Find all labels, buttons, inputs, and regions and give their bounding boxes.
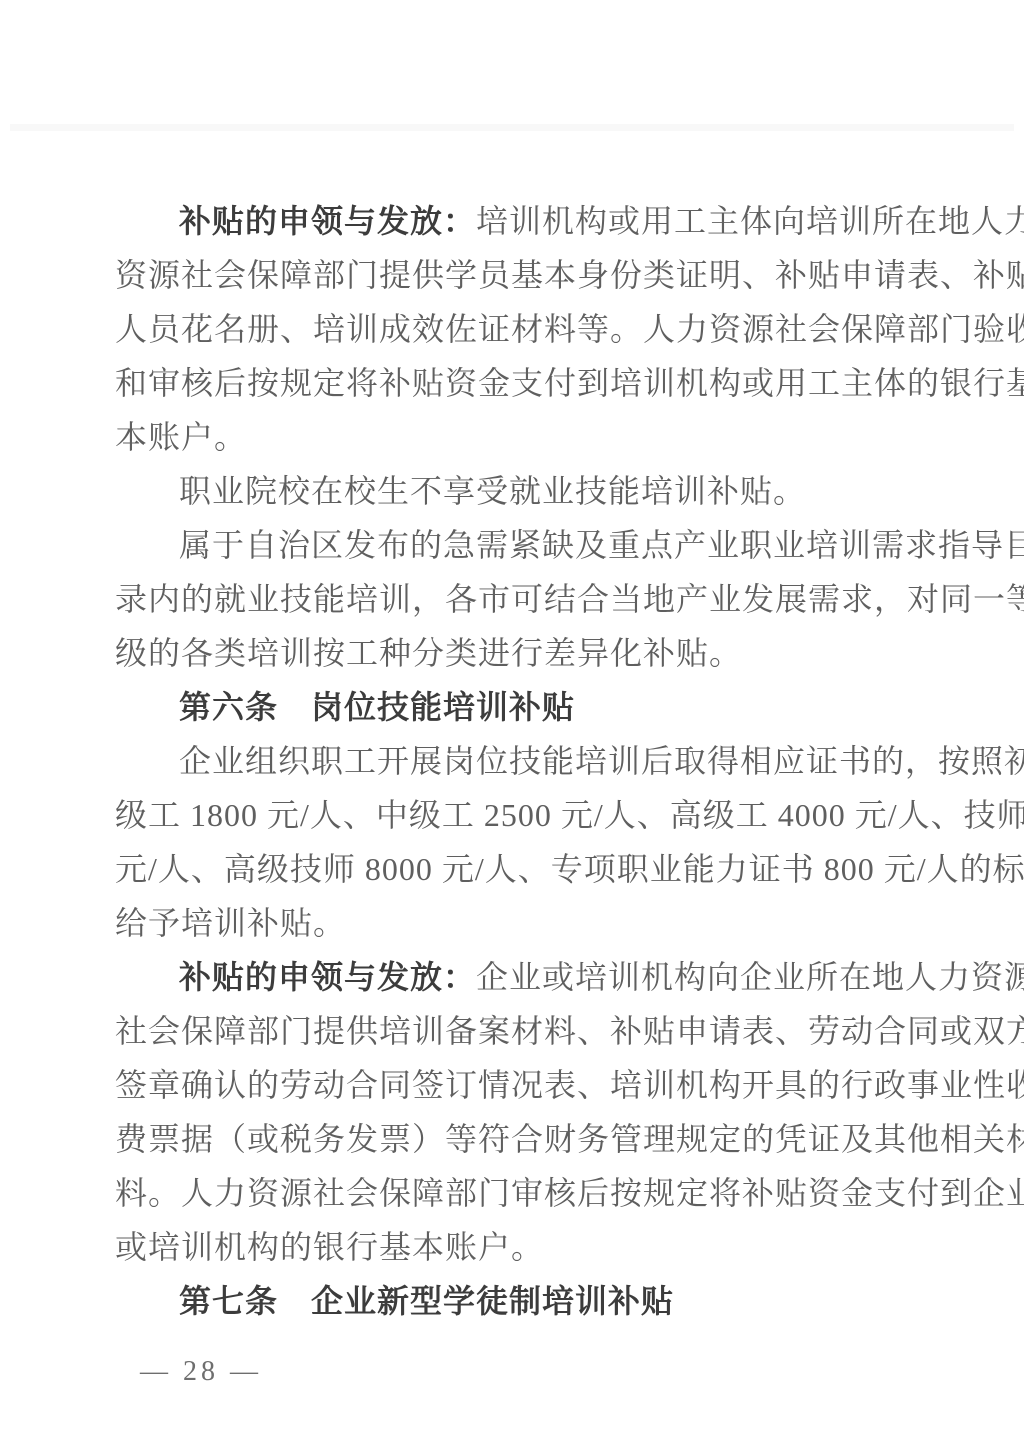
- document-page: 补贴的申领与发放：培训机构或用工主体向培训所在地人力 资源社会保障部门提供学员基…: [0, 0, 1024, 1447]
- page-number: — 28 —: [140, 1345, 262, 1399]
- paragraph-line-18: 费票据（或税务发票）等符合财务管理规定的凭证及其他相关材: [115, 1112, 915, 1166]
- paragraph-line-2: 资源社会保障部门提供学员基本身份类证明、补贴申请表、补贴: [115, 248, 915, 302]
- bold-lead-in-subsidy-claim-2: 补贴的申领与发放：: [179, 959, 476, 995]
- paragraph-line-11: 企业组织职工开展岗位技能培训后取得相应证书的，按照初: [115, 734, 915, 788]
- paragraph-line-19: 料。人力资源社会保障部门审核后按规定将补贴资金支付到企业: [115, 1166, 915, 1220]
- article-7-heading: 第七条 企业新型学徒制培训补贴: [115, 1274, 915, 1328]
- paragraph-line-12: 级工 1800 元/人、中级工 2500 元/人、高级工 4000 元/人、技师…: [115, 788, 915, 842]
- article-6-heading: 第六条 岗位技能培训补贴: [115, 680, 915, 734]
- paragraph-line-5: 本账户。: [115, 410, 915, 464]
- line-text: 培训机构或用工主体向培训所在地人力: [476, 203, 1024, 239]
- paragraph-line-6: 职业院校在校生不享受就业技能培训补贴。: [115, 464, 915, 518]
- paragraph-line-9: 级的各类培训按工种分类进行差异化补贴。: [115, 626, 915, 680]
- paragraph-line-7: 属于自治区发布的急需紧缺及重点产业职业培训需求指导目: [115, 518, 915, 572]
- paragraph-line-20: 或培训机构的银行基本账户。: [115, 1220, 915, 1274]
- paragraph-line-3: 人员花名册、培训成效佐证材料等。人力资源社会保障部门验收: [115, 302, 915, 356]
- paragraph-line-13: 元/人、高级技师 8000 元/人、专项职业能力证书 800 元/人的标准: [115, 842, 915, 896]
- bold-lead-in-subsidy-claim: 补贴的申领与发放：: [179, 203, 476, 239]
- paragraph-line-16: 社会保障部门提供培训备案材料、补贴申请表、劳动合同或双方: [115, 1004, 915, 1058]
- paragraph-line-8: 录内的就业技能培训，各市可结合当地产业发展需求，对同一等: [115, 572, 915, 626]
- scan-artifact-band: [10, 124, 1014, 131]
- paragraph-line-14: 给予培训补贴。: [115, 896, 915, 950]
- paragraph-line-1: 补贴的申领与发放：培训机构或用工主体向培训所在地人力: [115, 194, 915, 248]
- line-text: 企业或培训机构向企业所在地人力资源: [476, 959, 1024, 995]
- document-body: 补贴的申领与发放：培训机构或用工主体向培训所在地人力 资源社会保障部门提供学员基…: [115, 194, 915, 1328]
- paragraph-line-4: 和审核后按规定将补贴资金支付到培训机构或用工主体的银行基: [115, 356, 915, 410]
- paragraph-line-15: 补贴的申领与发放：企业或培训机构向企业所在地人力资源: [115, 950, 915, 1004]
- paragraph-line-17: 签章确认的劳动合同签订情况表、培训机构开具的行政事业性收: [115, 1058, 915, 1112]
